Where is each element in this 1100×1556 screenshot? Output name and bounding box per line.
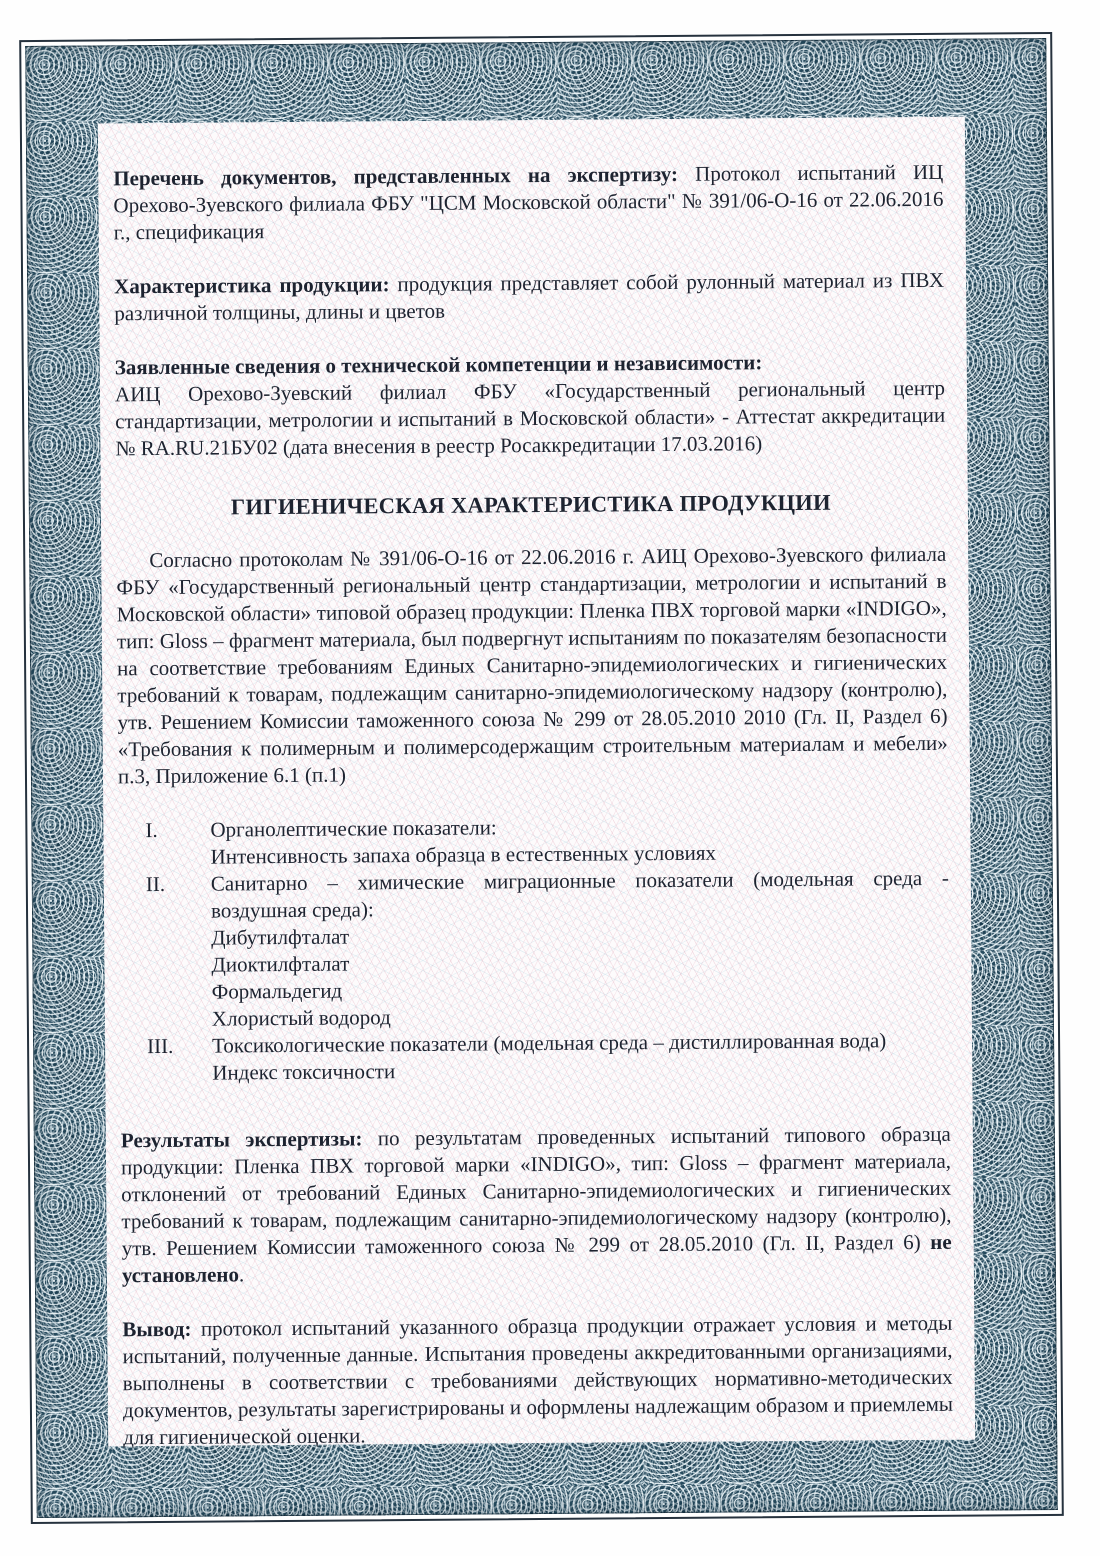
list-item-sanitary-chemical: II. Санитарно – химические миграционные … (119, 865, 950, 1034)
conclusion-paragraph: Вывод: протокол испытаний указанного обр… (122, 1310, 953, 1452)
protocol-paragraph: Согласно протоколам № 391/06-О-16 от 22.… (116, 541, 948, 791)
product-characteristics-label: Характеристика продукции: (114, 272, 390, 298)
list-item-organoleptic: I. Органолептические показатели: Интенси… (118, 811, 948, 872)
expertise-results-paragraph: Результаты экспертизы: по результатам пр… (121, 1121, 952, 1290)
list-line: Санитарно – химические миграционные пока… (211, 865, 949, 925)
expertise-results-period: . (239, 1262, 244, 1286)
guilloche-security-border: Перечень документов, представленных на э… (25, 38, 1058, 1518)
list-numeral: I. (118, 817, 210, 872)
hygiene-characteristics-heading: ГИГИЕНИЧЕСКАЯ ХАРАКТЕРИСТИКА ПРОДУКЦИИ (116, 488, 946, 522)
list-line: Индекс токсичности (212, 1054, 950, 1087)
certificate-frame: Перечень документов, представленных на э… (19, 32, 1064, 1524)
document-body: Перечень документов, представленных на э… (98, 117, 975, 1447)
list-item-toxicological: III. Токсикологические показатели (модел… (120, 1027, 950, 1088)
conclusion-label: Вывод: (122, 1317, 191, 1342)
competence-text: АИЦ Орехово-Зуевский филиал ФБУ «Государ… (115, 375, 946, 463)
list-body: Токсикологические показатели (модельная … (212, 1027, 950, 1087)
list-body: Санитарно – химические миграционные пока… (211, 865, 950, 1033)
indicators-list: I. Органолептические показатели: Интенси… (118, 811, 950, 1088)
conclusion-text: протокол испытаний указанного образца пр… (122, 1311, 953, 1450)
expertise-results-label: Результаты экспертизы: (121, 1126, 363, 1152)
competence-section: Заявленные сведения о технической компет… (115, 348, 946, 463)
list-numeral: III. (120, 1033, 212, 1088)
scanned-page: Перечень документов, представленных на э… (0, 0, 1100, 1556)
documents-list-label: Перечень документов, представленных на э… (113, 162, 678, 190)
list-body: Органолептические показатели: Интенсивно… (210, 811, 948, 871)
product-characteristics-paragraph: Характеристика продукции: продукция пред… (114, 267, 944, 328)
list-numeral: II. (119, 871, 212, 1034)
documents-list-paragraph: Перечень документов, представленных на э… (113, 159, 944, 247)
